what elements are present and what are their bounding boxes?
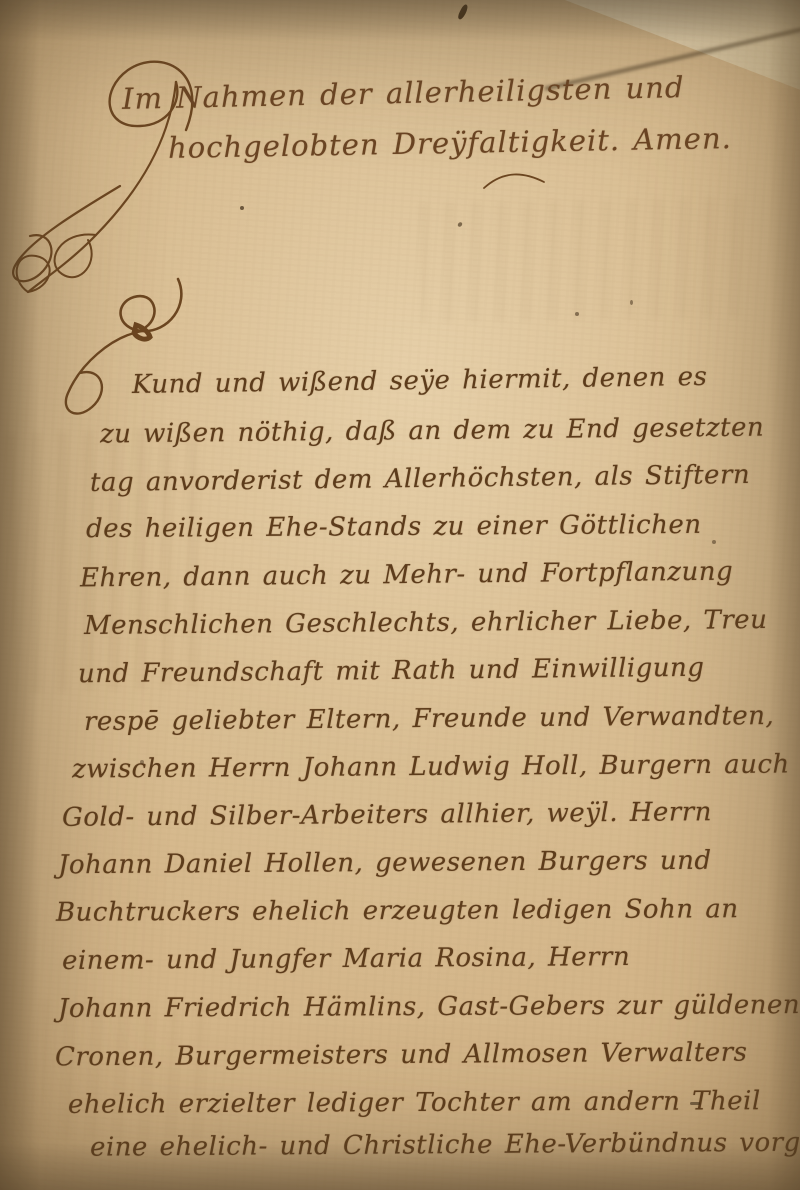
manuscript-line: eine ehelich- und Christliche Ehe-Verbün… bbox=[90, 1127, 800, 1162]
manuscript-line: Buchtruckers ehelich erzeugten ledigen S… bbox=[56, 894, 739, 928]
manuscript-line: zu wißen nöthig, daß an dem zu End geset… bbox=[100, 413, 764, 450]
ink-speck bbox=[457, 221, 463, 227]
manuscript-line: Menschlichen Geschlechts, ehrlicher Lieb… bbox=[84, 605, 768, 641]
ink-speck bbox=[712, 540, 716, 544]
verso-showthrough bbox=[419, 197, 751, 323]
manuscript-line: des heiligen Ehe-Stands zu einer Göttlic… bbox=[86, 510, 702, 544]
manuscript-line: ehelich erzielter lediger Tochter am and… bbox=[68, 1086, 761, 1120]
manuscript-line: einem- und Jungfer Maria Rosina, Herrn bbox=[62, 942, 630, 976]
ink-speck bbox=[690, 1102, 700, 1105]
heading-line-2: hochgelobten Dreÿfaltigkeit. Amen. bbox=[168, 121, 732, 165]
manuscript-line: tag anvorderist dem Allerhöchsten, als S… bbox=[90, 460, 750, 498]
calligraphic-flourish-K-icon bbox=[50, 275, 200, 425]
amen-underline-flourish-icon bbox=[480, 168, 550, 194]
manuscript-line: und Freundschaft mit Rath und Einwilligu… bbox=[78, 653, 705, 690]
manuscript-line: Johann Friedrich Hämlins, Gast-Gebers zu… bbox=[58, 990, 800, 1024]
ink-speck bbox=[575, 312, 579, 316]
manuscript-line: respē geliebter Eltern, Freunde und Verw… bbox=[84, 701, 774, 737]
manuscript-line: Gold- und Silber-Arbeiters allhier, weÿl… bbox=[62, 797, 712, 833]
manuscript-line: Ehren, dann auch zu Mehr- und Fortpflanz… bbox=[80, 557, 733, 594]
ink-speck bbox=[630, 300, 633, 305]
calligraphic-flourish-tail-icon bbox=[0, 180, 140, 290]
ink-speck bbox=[240, 206, 244, 210]
manuscript-line: Johann Daniel Hollen, gewesenen Burgers … bbox=[58, 846, 712, 881]
manuscript-line: zwischen Herrn Johann Ludwig Holl, Burge… bbox=[72, 749, 790, 784]
manuscript-line: Cronen, Burgermeisters und Allmosen Verw… bbox=[55, 1038, 748, 1073]
manuscript-line: Kund und wißend seÿe hiermit, denen es bbox=[132, 362, 708, 400]
manuscript-photo: Im Nahmen der allerheiligsten und hochge… bbox=[0, 0, 800, 1190]
ink-speck bbox=[457, 4, 470, 21]
ink-speck bbox=[140, 760, 144, 764]
